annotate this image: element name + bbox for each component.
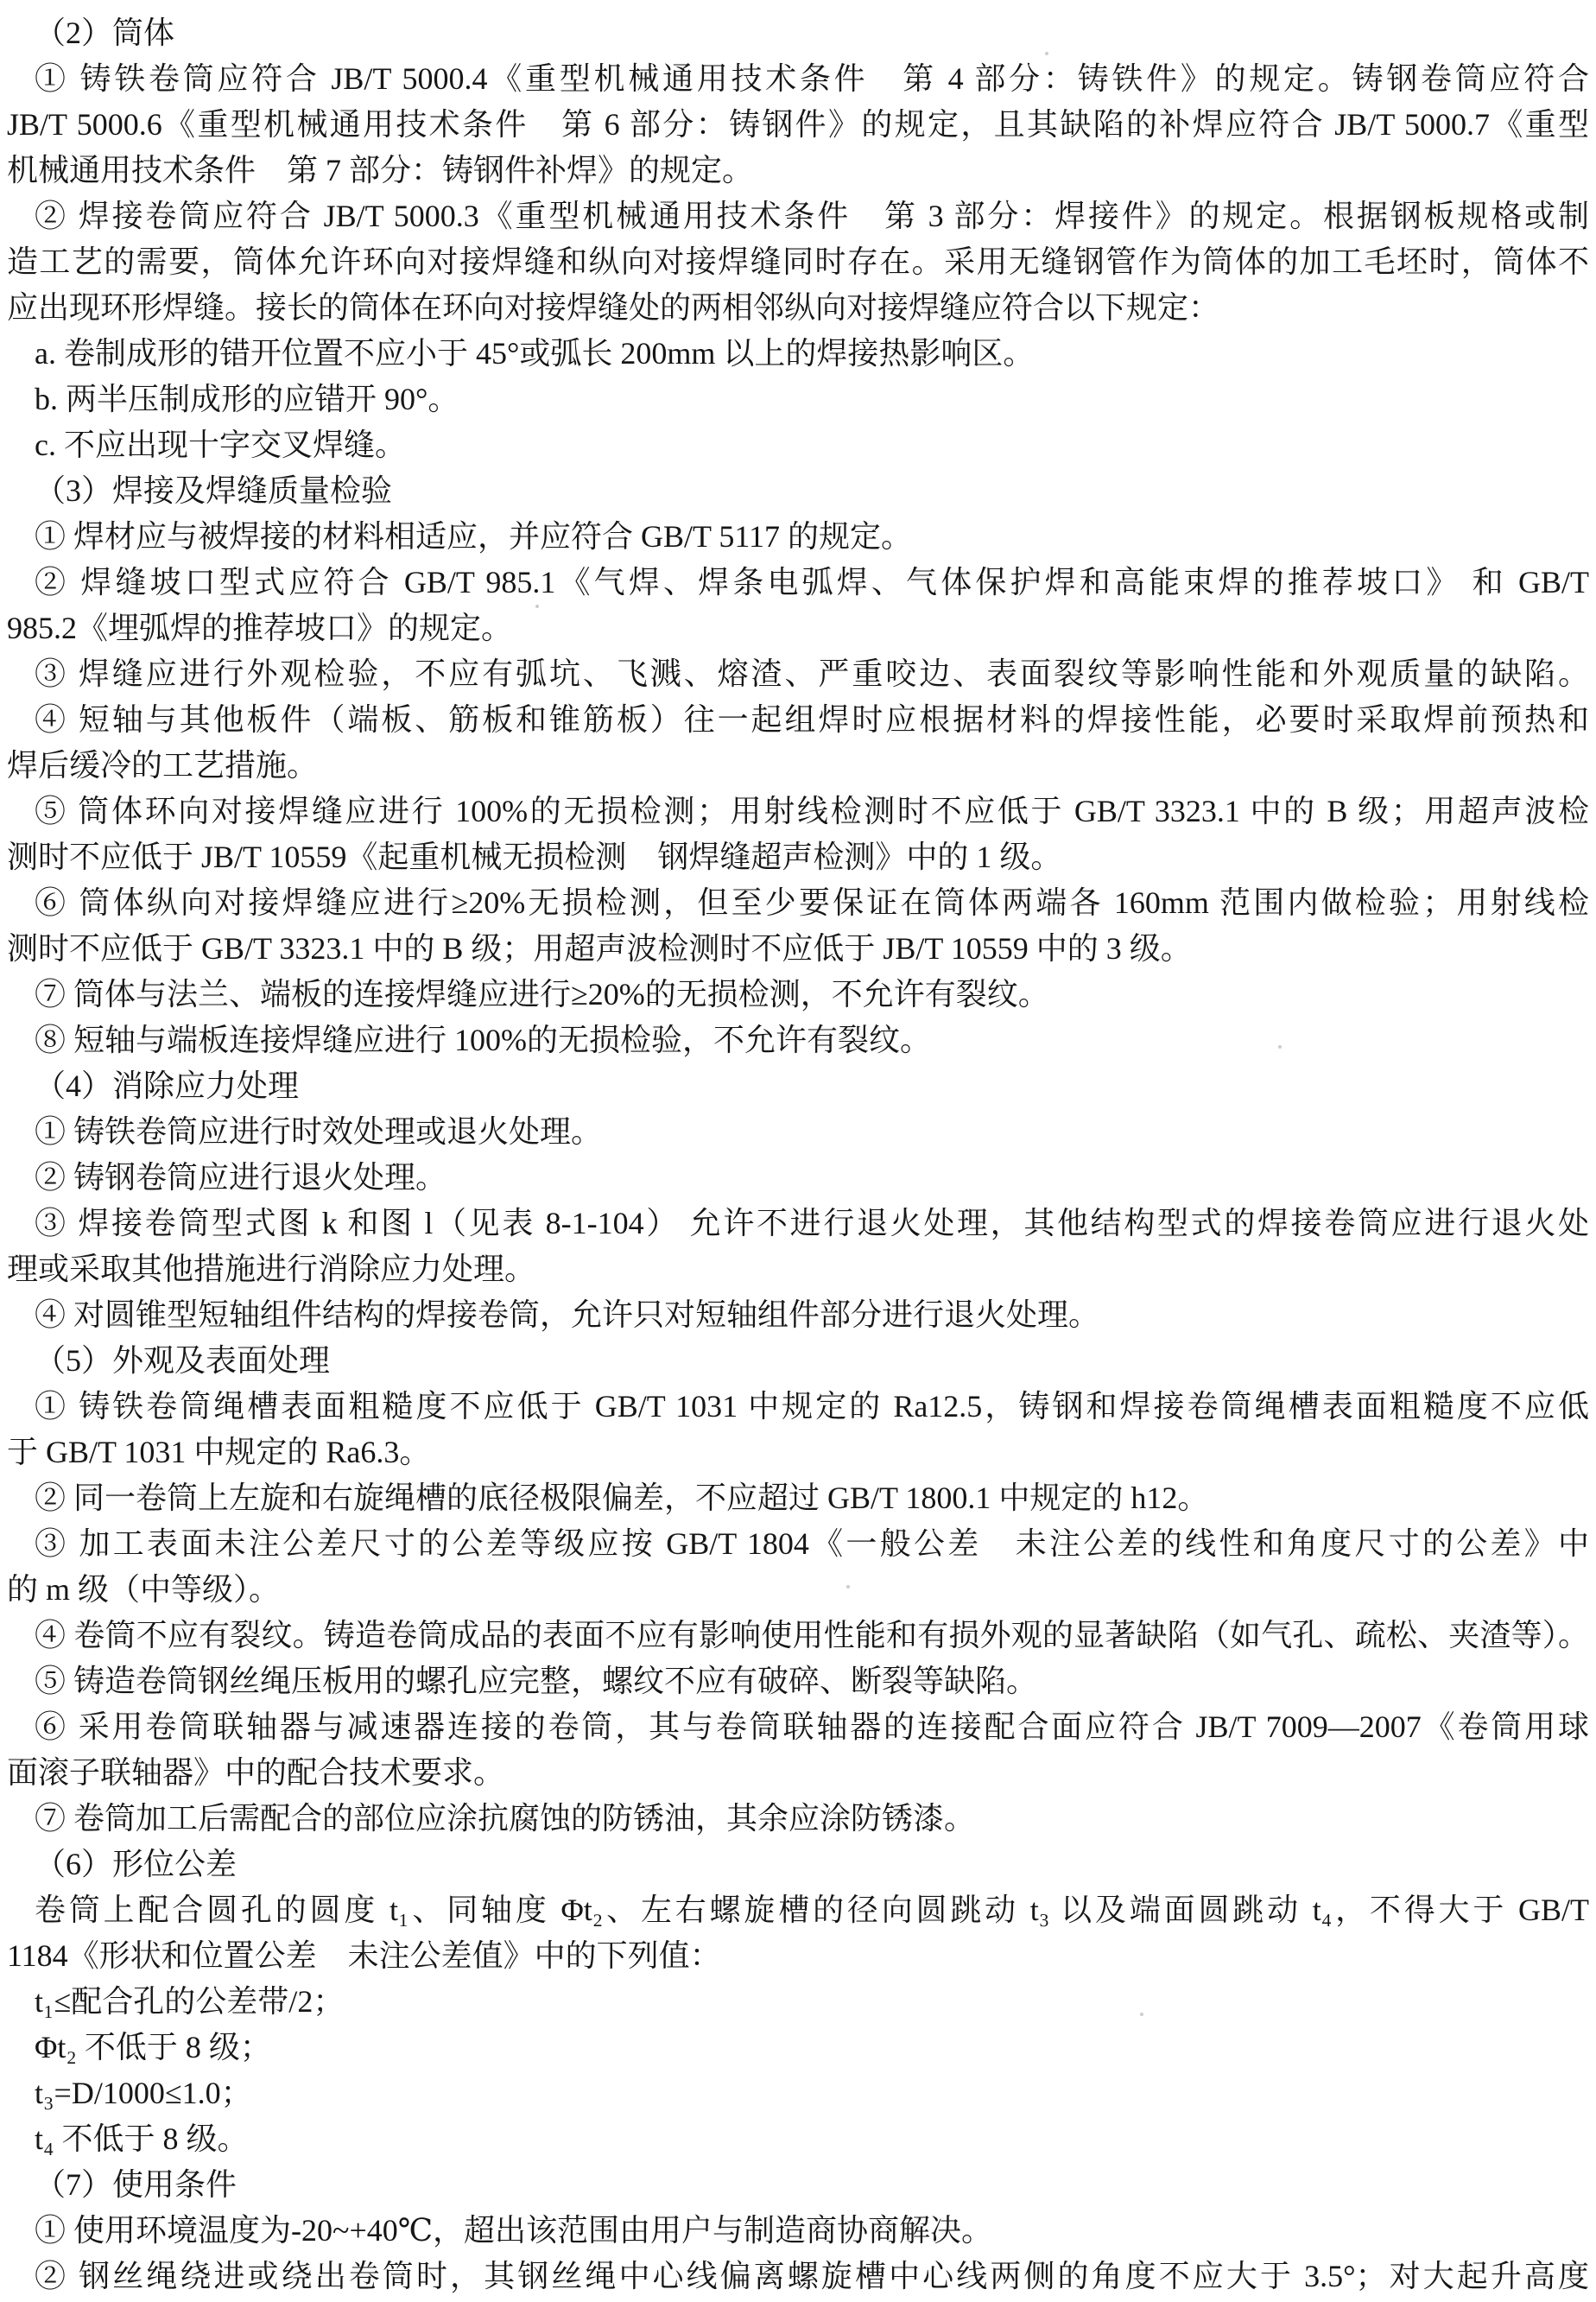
text-line: ② 焊接卷筒应符合 JB/T 5000.3《重型机械通用技术条件 第 3 部分：… [7,193,1589,239]
text-line: Φt₂ 不低于 8 级； [7,2025,1589,2071]
text-line: ⑦ 卷筒加工后需配合的部位应涂抗腐蚀的防锈油，其余应涂防锈漆。 [7,1796,1589,1842]
text-line: c. 不应出现十字交叉焊缝。 [7,422,1589,468]
text-line: （5）外观及表面处理 [7,1338,1589,1384]
text-line: 测时不应低于 GB/T 3323.1 中的 B 级；用超声波检测时不应低于 JB… [7,926,1589,972]
text-line: 面滚子联轴器》中的配合技术要求。 [7,1750,1589,1796]
text-line: ⑤ 筒体环向对接焊缝应进行 100%的无损检测；用射线检测时不应低于 GB/T … [7,789,1589,834]
text-line: ⑥ 筒体纵向对接焊缝应进行≥20%无损检测，但至少要保证在筒体两端各 160mm… [7,880,1589,926]
scan-speckle [846,1585,850,1589]
text-line: 机械通用技术条件 第 7 部分：铸钢件补焊》的规定。 [7,148,1589,193]
text-line: 焊后缓冷的工艺措施。 [7,743,1589,789]
text-line: ② 钢丝绳绕进或绕出卷筒时，其钢丝绳中心线偏离螺旋槽中心线两侧的角度不应大于 3… [7,2254,1589,2299]
text-line: ④ 短轴与其他板件（端板、筋板和锥筋板）往一起组焊时应根据材料的焊接性能，必要时… [7,697,1589,743]
scan-speckle [1140,2013,1143,2016]
text-line: （3）焊接及焊缝质量检验 [7,468,1589,514]
text-line: （2）筒体 [7,10,1589,56]
text-line: ① 使用环境温度为-20~+40℃，超出该范围由用户与制造商协商解决。 [7,2208,1589,2254]
scan-speckle [1045,52,1048,55]
text-line: t₁≤配合孔的公差带/2； [7,1979,1589,2025]
text-line: ② 同一卷筒上左旋和右旋绳槽的底径极限偏差，不应超过 GB/T 1800.1 中… [7,1475,1589,1521]
text-line: 的 m 级（中等级）。 [7,1567,1589,1613]
text-line: JB/T 5000.6《重型机械通用技术条件 第 6 部分：铸钢件》的规定，且其… [7,102,1589,148]
text-line: 应出现环形焊缝。接长的筒体在环向对接焊缝处的两相邻纵向对接焊缝应符合以下规定： [7,285,1589,331]
text-line: a. 卷制成形的错开位置不应小于 45°或弧长 200mm 以上的焊接热影响区。 [7,331,1589,377]
text-line: （7）使用条件 [7,2162,1589,2208]
text-line: 卷筒上配合圆孔的圆度 t₁、同轴度 Φt₂、左右螺旋槽的径向圆跳动 t₃ 以及端… [7,1887,1589,1933]
text-line: （6）形位公差 [7,1842,1589,1887]
text-line: ④ 卷筒不应有裂纹。铸造卷筒成品的表面不应有影响使用性能和有损外观的显著缺陷（如… [7,1613,1589,1658]
text-line: （4）消除应力处理 [7,1063,1589,1109]
text-line: ② 焊缝坡口型式应符合 GB/T 985.1《气焊、焊条电弧焊、气体保护焊和高能… [7,560,1589,606]
scan-speckle [535,605,539,608]
text-line: b. 两半压制成形的应错开 90°。 [7,377,1589,422]
text-line: 985.2《埋弧焊的推荐坡口》的规定。 [7,606,1589,651]
text-line: ③ 焊接卷筒型式图 k 和图 l（见表 8-1-104） 允许不进行退火处理，其… [7,1201,1589,1246]
scan-speckle [1278,1045,1282,1049]
text-line: 造工艺的需要，筒体允许环向对接焊缝和纵向对接焊缝同时存在。采用无缝钢管作为筒体的… [7,239,1589,285]
text-line: ① 焊材应与被焊接的材料相适应，并应符合 GB/T 5117 的规定。 [7,514,1589,560]
text-line: 理或采取其他措施进行消除应力处理。 [7,1246,1589,1292]
text-line: ① 铸铁卷筒应进行时效处理或退火处理。 [7,1109,1589,1155]
text-line: ① 铸铁卷筒应符合 JB/T 5000.4《重型机械通用技术条件 第 4 部分：… [7,56,1589,102]
text-line: 于 GB/T 1031 中规定的 Ra6.3。 [7,1430,1589,1475]
text-line: t₃=D/1000≤1.0； [7,2071,1589,2116]
scanned-page: （2）筒体① 铸铁卷筒应符合 JB/T 5000.4《重型机械通用技术条件 第 … [0,0,1596,2302]
document-text-body: （2）筒体① 铸铁卷筒应符合 JB/T 5000.4《重型机械通用技术条件 第 … [0,0,1596,2299]
text-line: ① 铸铁卷筒绳槽表面粗糙度不应低于 GB/T 1031 中规定的 Ra12.5，… [7,1384,1589,1430]
text-line: ⑤ 铸造卷筒钢丝绳压板用的螺孔应完整，螺纹不应有破碎、断裂等缺陷。 [7,1658,1589,1704]
text-line: ⑦ 筒体与法兰、端板的连接焊缝应进行≥20%的无损检测，不允许有裂纹。 [7,972,1589,1018]
text-line: 1184《形状和位置公差 未注公差值》中的下列值： [7,1933,1589,1979]
text-line: t₄ 不低于 8 级。 [7,2116,1589,2162]
text-line: ④ 对圆锥型短轴组件结构的焊接卷筒，允许只对短轴组件部分进行退火处理。 [7,1292,1589,1338]
text-line: ③ 加工表面未注公差尺寸的公差等级应按 GB/T 1804《一般公差 未注公差的… [7,1521,1589,1567]
text-line: ⑥ 采用卷筒联轴器与减速器连接的卷筒，其与卷筒联轴器的连接配合面应符合 JB/T… [7,1704,1589,1750]
text-line: ⑧ 短轴与端板连接焊缝应进行 100%的无损检验，不允许有裂纹。 [7,1018,1589,1063]
text-line: ③ 焊缝应进行外观检验，不应有弧坑、飞溅、熔渣、严重咬边、表面裂纹等影响性能和外… [7,651,1589,697]
text-line: 测时不应低于 JB/T 10559《起重机械无损检测 钢焊缝超声检测》中的 1 … [7,834,1589,880]
text-line: ② 铸钢卷筒应进行退火处理。 [7,1155,1589,1201]
